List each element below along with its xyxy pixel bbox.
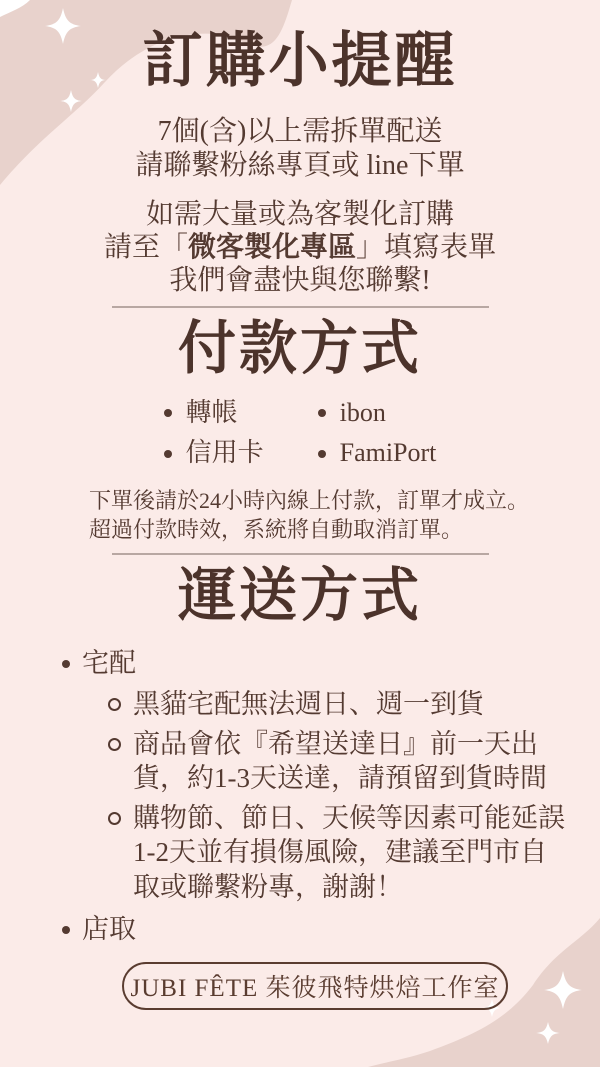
payment-method-label: FamiPort [340,438,437,467]
bullet-dot-icon [164,409,172,417]
custom-order-line1: 如需大量或為客製化訂購 [0,198,600,231]
shipping-note-text: 商品會依『希望送達日』前一天出貨，約1-3天送達，請預留到貨時間 [133,727,565,796]
shipping-method-store-pickup: 店取 [62,912,600,947]
split-order-line1: 7個(含)以上需拆單配送 [0,115,600,149]
payment-note-line2: 超過付款時效，系統將自動取消訂單。 [89,515,511,544]
shipping-note-text: 黑貓宅配無法週日、週一到貨 [133,687,484,722]
section-divider [112,553,489,555]
payment-method-famiport: FamiPort [318,433,437,473]
bullet-dot-icon [318,409,326,417]
bullet-dot-icon [62,926,70,934]
payment-methods-column-2: ibon FamiPort [318,393,437,474]
bullet-circle-icon [108,738,121,751]
shipping-section-title: 運送方式 [0,561,600,631]
payment-method-label: 信用卡 [186,438,264,467]
custom-order-line2-post: 」填寫表單 [356,232,496,263]
section-divider [112,306,489,308]
poster-content: 訂購小提醒 7個(含)以上需拆單配送 請聯繫粉絲專頁或 line下單 如需大量或… [0,0,600,947]
shipping-method-home-delivery: 宅配 黑貓宅配無法週日、週一到貨 商品會依『希望送達日』前一天出貨，約1-3天送… [62,646,600,904]
payment-methods: 轉帳 信用卡 ibon FamiPort [0,393,600,474]
bullet-dot-icon [318,450,326,458]
custom-order-line2-pre: 請至「 [104,232,188,263]
shipping-method-text: 宅配 [82,648,136,678]
bullet-circle-icon [108,698,121,711]
bullet-circle-icon [108,812,121,825]
order-reminder-poster: 訂購小提醒 7個(含)以上需拆單配送 請聯繫粉絲專頁或 line下單 如需大量或… [0,0,600,1067]
bullet-dot-icon [62,660,70,668]
payment-method-ibon: ibon [318,393,437,433]
shipping-note-delay-risk: 購物節、節日、天候等因素可能延誤1-2天並有損傷風險，建議至門市自取或聯繫粉專，… [108,801,600,905]
payment-method-transfer: 轉帳 [164,393,264,433]
shipping-method-text: 店取 [82,914,136,944]
page-title: 訂購小提醒 [0,28,600,95]
split-order-paragraph: 7個(含)以上需拆單配送 請聯繫粉絲專頁或 line下單 [0,115,600,183]
shipping-method-label: 店取 [62,912,600,947]
payment-method-label: ibon [340,398,386,427]
bullet-dot-icon [164,450,172,458]
split-order-line2: 請聯繫粉絲專頁或 line下單 [0,149,600,183]
payment-method-credit-card: 信用卡 [164,433,264,473]
payment-deadline-note: 下單後請於24小時內線上付款，訂單才成立。 超過付款時效，系統將自動取消訂單。 [89,486,511,544]
brand-badge: JUBI FÊTE 茱彼飛特烘焙工作室 [122,962,508,1010]
custom-zone-label: 微客製化專區 [188,232,356,263]
custom-order-paragraph: 如需大量或為客製化訂購 請至「微客製化專區」填寫表單 我們會盡快與您聯繫! [0,198,600,297]
shipping-note-text: 購物節、節日、天候等因素可能延誤1-2天並有損傷風險，建議至門市自取或聯繫粉專，… [133,801,565,905]
payment-note-line1: 下單後請於24小時內線上付款，訂單才成立。 [89,486,511,515]
custom-order-line2: 請至「微客製化專區」填寫表單 [0,231,600,264]
shipping-note-delivery-date: 商品會依『希望送達日』前一天出貨，約1-3天送達，請預留到貨時間 [108,727,600,796]
brand-badge-label: JUBI FÊTE 茱彼飛特烘焙工作室 [130,968,499,1004]
custom-order-line3: 我們會盡快與您聯繫! [0,264,600,297]
shipping-note-blackcat: 黑貓宅配無法週日、週一到貨 [108,687,600,722]
home-delivery-notes: 黑貓宅配無法週日、週一到貨 商品會依『希望送達日』前一天出貨，約1-3天送達，請… [108,687,600,904]
payment-method-label: 轉帳 [186,398,238,427]
shipping-list: 宅配 黑貓宅配無法週日、週一到貨 商品會依『希望送達日』前一天出貨，約1-3天送… [62,646,600,946]
payment-methods-column-1: 轉帳 信用卡 [164,393,264,474]
shipping-method-label: 宅配 [62,646,600,681]
payment-section-title: 付款方式 [0,314,600,384]
